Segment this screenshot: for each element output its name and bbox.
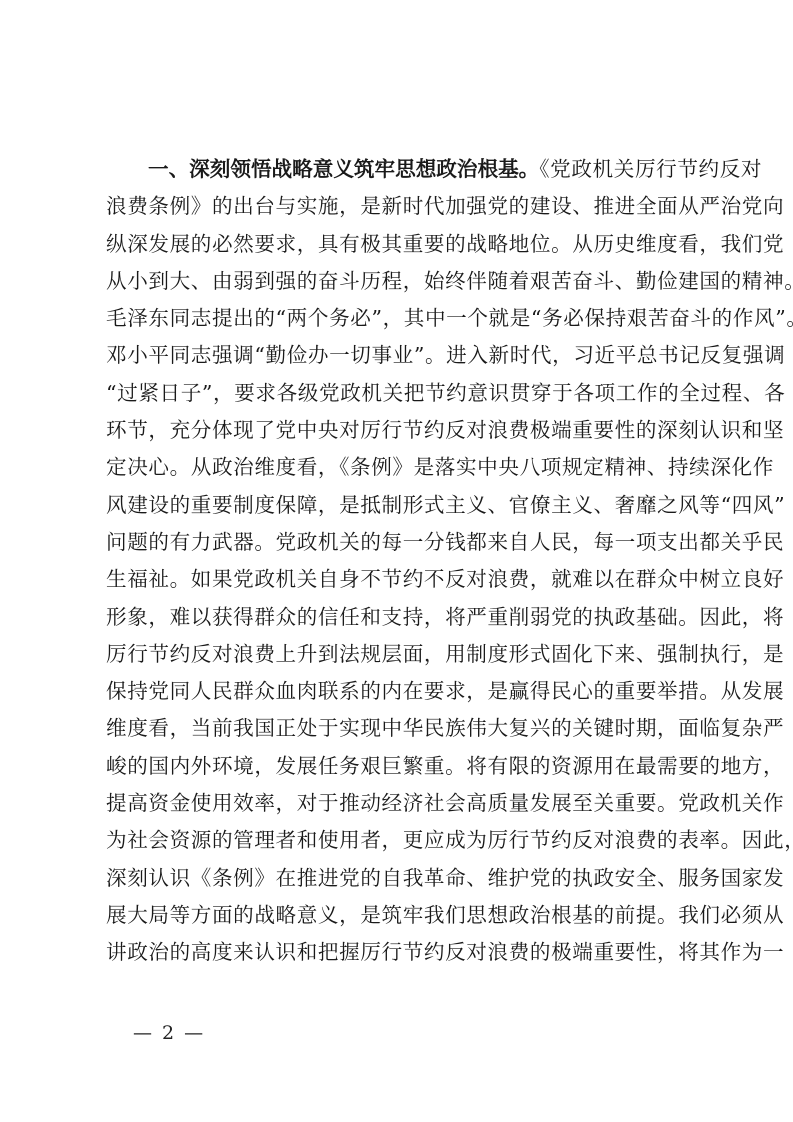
paragraph-line: 一、深刻领悟战略意义筑牢思想政治根基。《党政机关厉行节约反对	[106, 151, 694, 188]
paragraph-line: 纵深发展的必然要求，具有极其重要的战略地位。从历史维度看，我们党	[106, 226, 694, 263]
paragraph-line: “过紧日子”，要求各级党政机关把节约意识贯穿于各项工作的全过程、各	[106, 375, 694, 412]
paragraph-line: 为社会资源的管理者和使用者，更应成为厉行节约反对浪费的表率。因此，	[106, 822, 694, 859]
paragraph-line: 从小到大、由弱到强的奋斗历程，始终伴随着艰苦奋斗、勤俭建国的精神。	[106, 263, 694, 300]
paragraph-line: 讲政治的高度来认识和把握厉行节约反对浪费的极端重要性，将其作为一	[106, 934, 694, 971]
paragraph-line: 问题的有力武器。党政机关的每一分钱都来自人民，每一项支出都关乎民	[106, 524, 694, 561]
paragraph-line: 风建设的重要制度保障，是抵制形式主义、官僚主义、奢靡之风等“四风”	[106, 487, 694, 524]
paragraph-line: 深刻认识《条例》在推进党的自我革命、维护党的执政安全、服务国家发	[106, 860, 694, 897]
document-page: 一、深刻领悟战略意义筑牢思想政治根基。《党政机关厉行节约反对 浪费条例》的出台与…	[0, 0, 793, 1122]
paragraph-line: 峻的国内外环境，发展任务艰巨繁重。将有限的资源用在最需要的地方，	[106, 748, 694, 785]
section-heading: 一、深刻领悟战略意义筑牢思想政治根基。	[148, 157, 539, 181]
paragraph-line: 形象，难以获得群众的信任和支持，将严重削弱党的执政基础。因此，将	[106, 599, 694, 636]
paragraph-line: 定决心。从政治维度看，《条例》是落实中央八项规定精神、持续深化作	[106, 449, 694, 486]
body-paragraph: 一、深刻领悟战略意义筑牢思想政治根基。《党政机关厉行节约反对 浪费条例》的出台与…	[106, 151, 694, 972]
paragraph-line: 环节，充分体现了党中央对厉行节约反对浪费极端重要性的深刻认识和坚	[106, 412, 694, 449]
paragraph-line: 提高资金使用效率，对于推动经济社会高质量发展至关重要。党政机关作	[106, 785, 694, 822]
paragraph-line: 邓小平同志强调“勤俭办一切事业”。进入新时代，习近平总书记反复强调	[106, 337, 694, 374]
paragraph-line: 浪费条例》的出台与实施，是新时代加强党的建设、推进全面从严治党向	[106, 188, 694, 225]
paragraph-line: 维度看，当前我国正处于实现中华民族伟大复兴的关键时期，面临复杂严	[106, 710, 694, 747]
paragraph-line: 厉行节约反对浪费上升到法规层面，用制度形式固化下来、强制执行，是	[106, 636, 694, 673]
paragraph-line: 保持党同人民群众血肉联系的内在要求，是赢得民心的重要举措。从发展	[106, 673, 694, 710]
paragraph-line: 毛泽东同志提出的“两个务必”，其中一个就是“务必保持艰苦奋斗的作风”。	[106, 300, 694, 337]
page-number: — 2 —	[133, 1022, 205, 1044]
line-text: 《党政机关厉行节约反对	[539, 157, 762, 181]
paragraph-line: 生福祉。如果党政机关自身不节约不反对浪费，就难以在群众中树立良好	[106, 561, 694, 598]
paragraph-line: 展大局等方面的战略意义，是筑牢我们思想政治根基的前提。我们必须从	[106, 897, 694, 934]
